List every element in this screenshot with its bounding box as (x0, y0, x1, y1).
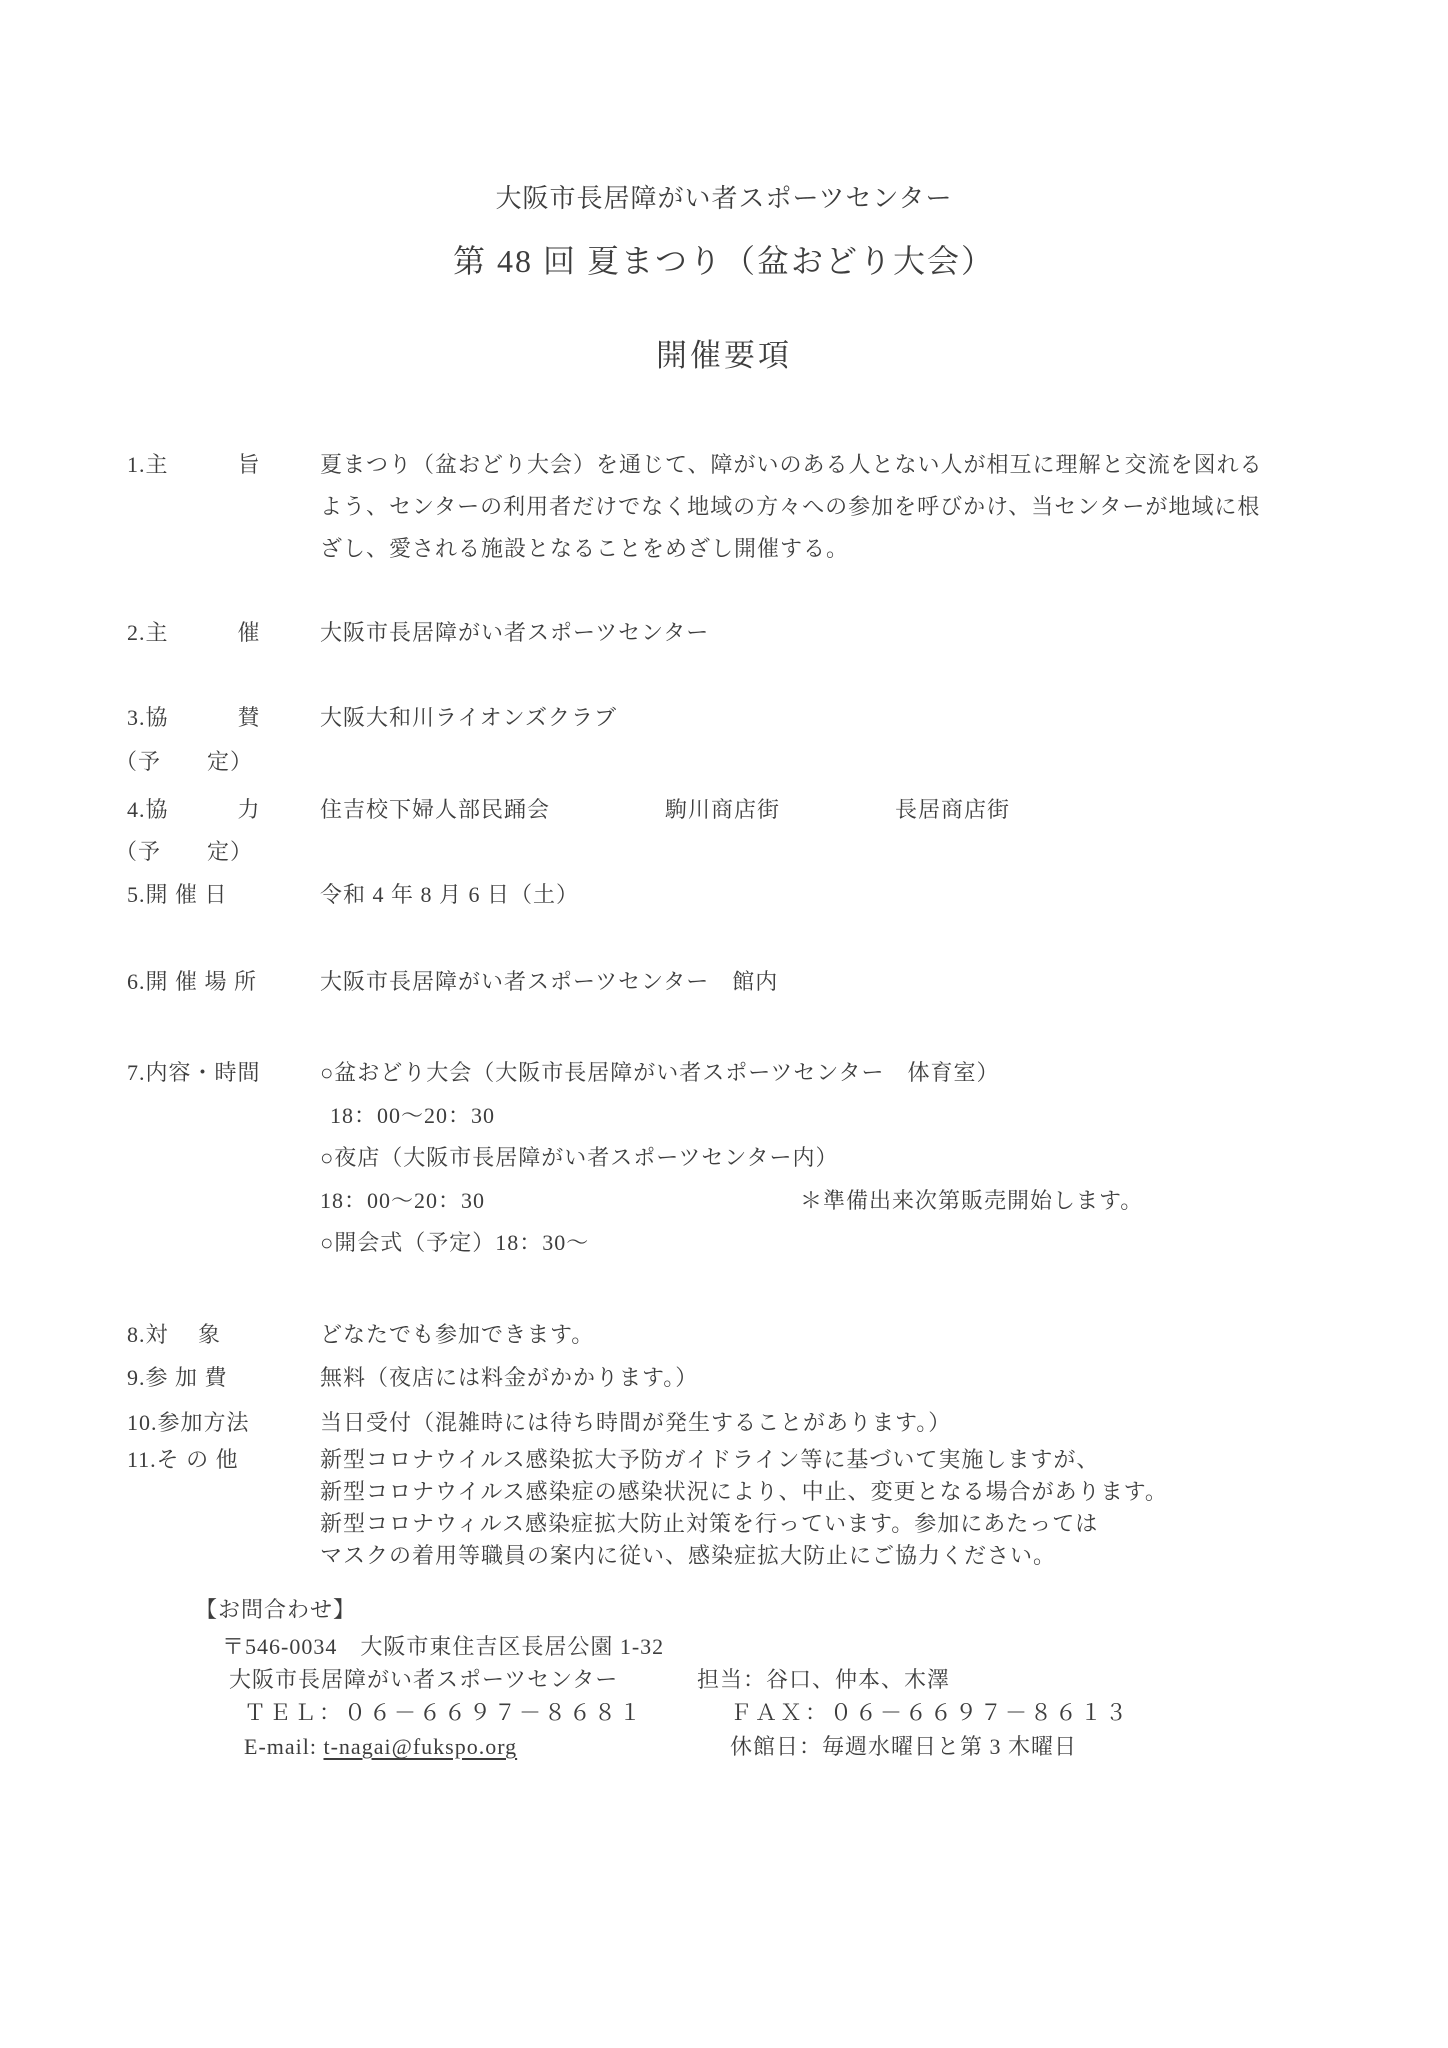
item-eligibility: 8.対 象 どなたでも参加できます。 (127, 1321, 1412, 1349)
contact-email-row: E-mail: t-nagai@fukspo.org 休館日：毎週水曜日と第 3… (0, 1732, 1448, 1764)
item-program-night-stalls: ○夜店（大阪市長居障がい者スポーツセンター内） (320, 1137, 1412, 1180)
contact-phone-row: ＴＥＬ：０６－６６９７－８６８１ ＦＡＸ：０６－６６９７－８６１３ (0, 1698, 1448, 1730)
item-program-opening-ceremony: ○開会式（予定）18：30～ (320, 1222, 1412, 1265)
contact-center-name: 大阪市長居障がい者スポーツセンター (229, 1665, 618, 1695)
contact-email-label: E-mail: (244, 1734, 323, 1759)
contact-email-cell: E-mail: t-nagai@fukspo.org (244, 1732, 517, 1762)
item-other-line: 新型コロナウイルス感染症の感染状況により、中止、変更となる場合があります。 (320, 1476, 1412, 1508)
item-organizer-text: 大阪市長居障がい者スポーツセンター (320, 619, 1412, 647)
contact-address: 〒546-0034 大阪市東住吉区長居公園 1-32 (222, 1632, 664, 1662)
organization-name: 大阪市長居障がい者スポーツセンター (0, 178, 1448, 215)
item-program-sales-note: ＊準備出来次第販売開始します。 (800, 1180, 1143, 1223)
item-fee-label: 9.参 加 費 (127, 1364, 320, 1392)
item-fee: 9.参 加 費 無料（夜店には料金がかかります。） (127, 1364, 1412, 1392)
item-purpose-line: よう、センターの利用者だけでなく地域の方々への参加を呼びかけ、当センターが地域に… (320, 486, 1412, 528)
item-organizer-label: 2.主 催 (127, 619, 320, 647)
document-title: 開催要項 (0, 330, 1448, 375)
item-sponsor: 3.協 賛 大阪大和川ライオンズクラブ (127, 704, 1412, 732)
item-date-label: 5.開 催 日 (127, 881, 320, 909)
item-purpose-line: ざし、愛される施設となることをめざし開催する。 (320, 528, 1412, 570)
item-date-text: 令和 4 年 8 月 6 日（土） (320, 881, 1412, 909)
item-program-stalls-time: 18：00～20：30 (320, 1188, 485, 1213)
item-purpose-label: 1.主 旨 (127, 444, 320, 486)
item-organizer: 2.主 催 大阪市長居障がい者スポーツセンター (127, 619, 1412, 647)
contact-heading: 【お問合わせ】 (195, 1596, 356, 1624)
event-title: 第 48 回 夏まつり（盆おどり大会） (0, 236, 1448, 282)
item-other-line: 新型コロナウイルス感染拡大予防ガイドライン等に基づいて実施しますが、 (320, 1444, 1412, 1476)
contact-fax: ＦＡＸ：０６－６６９７－８６１３ (730, 1698, 1130, 1728)
item-program-bon-dance-time: 18：00～20：30 (320, 1095, 1412, 1138)
item-how-to-join-label: 10.参加方法 (127, 1409, 320, 1437)
item-fee-text: 無料（夜店には料金がかかります。） (320, 1364, 1412, 1392)
item-sponsor-text: 大阪大和川ライオンズクラブ (320, 704, 1412, 732)
item-date: 5.開 催 日 令和 4 年 8 月 6 日（土） (127, 881, 1412, 909)
contact-center-row: 大阪市長居障がい者スポーツセンター 担当：谷口、仲本、木澤 (0, 1665, 1448, 1697)
item-other-label: 11.そ の 他 (127, 1444, 320, 1476)
item-other-text: 新型コロナウイルス感染拡大予防ガイドライン等に基づいて実施しますが、 新型コロナ… (320, 1444, 1412, 1572)
contact-address-row: 〒546-0034 大阪市東住吉区長居公園 1-32 (0, 1632, 1448, 1664)
item-sponsor-tentative: （予 定） (115, 748, 253, 776)
item-program-text: ○盆おどり大会（大阪市長居障がい者スポーツセンター 体育室） 18：00～20：… (320, 1052, 1412, 1265)
item-eligibility-label: 8.対 象 (127, 1321, 320, 1349)
item-program-bon-dance: ○盆おどり大会（大阪市長居障がい者スポーツセンター 体育室） (320, 1052, 1412, 1095)
item-other-line: 新型コロナウィルス感染症拡大防止対策を行っています。参加にあたっては (320, 1508, 1412, 1540)
item-venue-label: 6.開 催 場 所 (127, 968, 320, 996)
item-purpose: 1.主 旨 夏まつり（盆おどり大会）を通じて、障がいのある人とない人が相互に理解… (127, 444, 1412, 570)
item-cooperation-label: 4.協 力 (127, 796, 320, 824)
item-other: 11.そ の 他 新型コロナウイルス感染拡大予防ガイドライン等に基づいて実施しま… (127, 1444, 1412, 1572)
contact-staff: 担当：谷口、仲本、木澤 (697, 1665, 950, 1695)
item-how-to-join: 10.参加方法 当日受付（混雑時には待ち時間が発生することがあります。） (127, 1409, 1412, 1437)
item-sponsor-label: 3.協 賛 (127, 704, 320, 732)
item-cooperation: 4.協 力 住吉校下婦人部民踊会 駒川商店街 長居商店街 (127, 796, 1412, 824)
item-cooperation-tentative: （予 定） (115, 838, 253, 866)
item-cooperation-text: 住吉校下婦人部民踊会 駒川商店街 長居商店街 (320, 796, 1412, 824)
item-program: 7.内容・時間 ○盆おどり大会（大阪市長居障がい者スポーツセンター 体育室） 1… (127, 1052, 1412, 1265)
item-other-line: マスクの着用等職員の案内に従い、感染症拡大防止にご協力ください。 (320, 1540, 1412, 1572)
email-link[interactable]: t-nagai@fukspo.org (323, 1734, 517, 1759)
item-purpose-text: 夏まつり（盆おどり大会）を通じて、障がいのある人とない人が相互に理解と交流を図れ… (320, 444, 1412, 570)
item-program-stalls-time-line: 18：00～20：30 ＊準備出来次第販売開始します。 (320, 1180, 1412, 1223)
contact-closed-days: 休館日：毎週水曜日と第 3 木曜日 (730, 1732, 1077, 1762)
contact-tel: ＴＥＬ：０６－６６９７－８６８１ (244, 1698, 644, 1728)
item-purpose-line: 夏まつり（盆おどり大会）を通じて、障がいのある人とない人が相互に理解と交流を図れ… (320, 444, 1412, 486)
item-venue: 6.開 催 場 所 大阪市長居障がい者スポーツセンター 館内 (127, 968, 1412, 996)
item-eligibility-text: どなたでも参加できます。 (320, 1321, 1412, 1349)
item-how-to-join-text: 当日受付（混雑時には待ち時間が発生することがあります。） (320, 1409, 1412, 1437)
item-program-label: 7.内容・時間 (127, 1052, 320, 1095)
scanned-document-page: 大阪市長居障がい者スポーツセンター 第 48 回 夏まつり（盆おどり大会） 開催… (0, 0, 1448, 2048)
item-venue-text: 大阪市長居障がい者スポーツセンター 館内 (320, 968, 1412, 996)
